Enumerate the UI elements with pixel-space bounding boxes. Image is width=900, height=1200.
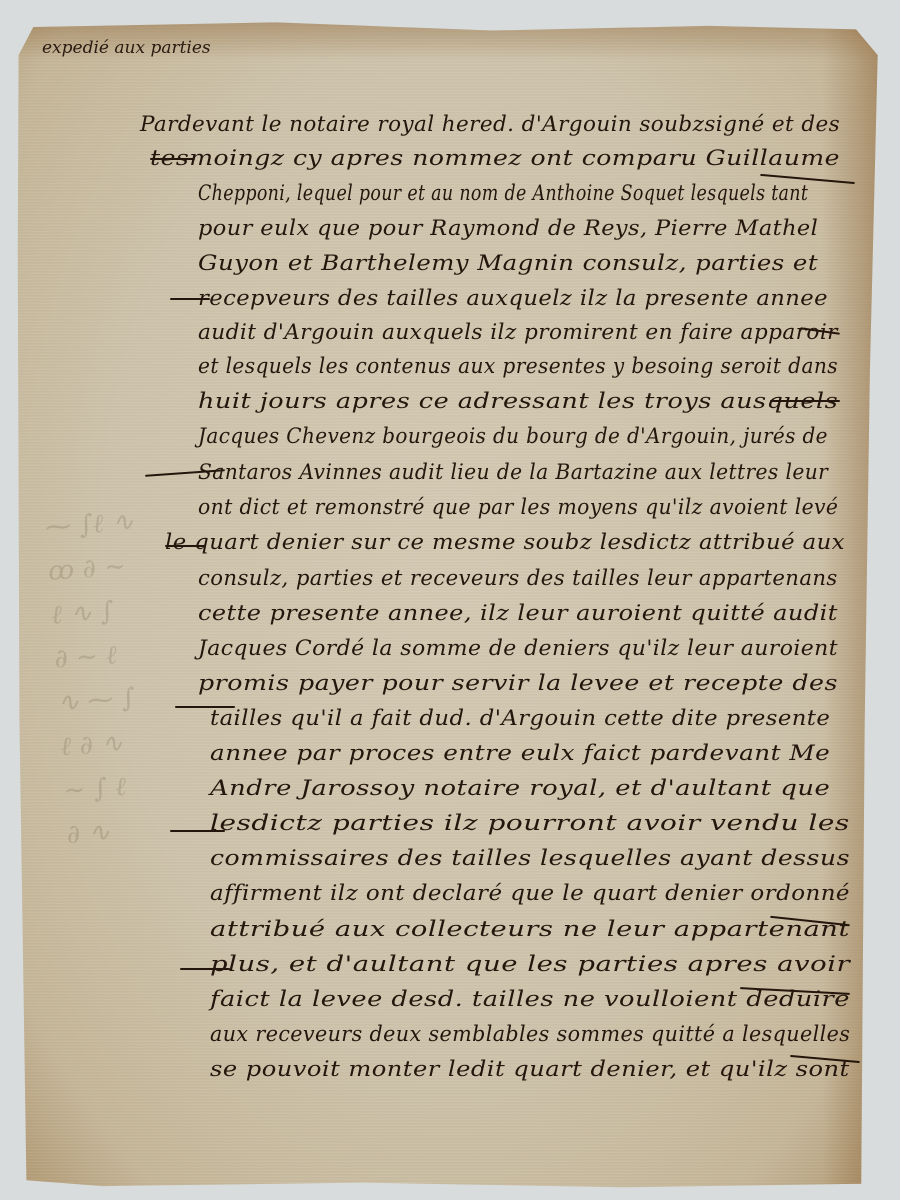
manuscript-line: annee par proces entre eulx faict pardev… — [210, 741, 830, 765]
manuscript-line: faict la levee desd. tailles ne voulloie… — [210, 987, 850, 1011]
manuscript-line: Chepponi, lequel pour et au nom de Antho… — [198, 181, 808, 205]
pen-flourish — [170, 298, 210, 300]
pen-flourish — [180, 968, 230, 970]
manuscript-line: ont dict et remonstré que par les moyens… — [198, 495, 838, 519]
pen-flourish — [175, 706, 235, 708]
manuscript-line: plus, et d'aultant que les parties apres… — [210, 952, 850, 976]
pen-flourish — [170, 830, 225, 832]
manuscript-line: se pouvoit monter ledit quart denier, et… — [210, 1057, 850, 1081]
manuscript-line: Santaros Avinnes audit lieu de la Bartaz… — [198, 460, 828, 484]
manuscript-line: huit jours apres ce adressant les troys … — [198, 389, 838, 413]
pen-flourish — [150, 158, 195, 160]
manuscript-line: Pardevant le notaire royal hered. d'Argo… — [140, 112, 840, 136]
manuscript-line: affirment ilz ont declaré que le quart d… — [210, 881, 850, 905]
manuscript-line: attribué aux collecteurs ne leur apparte… — [210, 917, 850, 941]
manuscript-line: et lesquels les contenus aux presentes y… — [198, 354, 838, 378]
manuscript-line: pour eulx que pour Raymond de Reys, Pier… — [198, 216, 818, 240]
pen-flourish — [165, 545, 205, 547]
manuscript-line: Andre Jarossoy notaire royal, et d'aulta… — [210, 776, 830, 800]
manuscript-line: tesmoingz cy apres nommez ont comparu Gu… — [150, 146, 840, 170]
manuscript-line: audit d'Argouin auxquels ilz promirent e… — [198, 320, 838, 344]
manuscript-line: Jacques Cordé la somme de deniers qu'ilz… — [198, 636, 838, 660]
manuscript-line: recepveurs des tailles auxquelz ilz la p… — [198, 286, 828, 310]
pen-flourish — [770, 400, 840, 402]
manuscript-line: tailles qu'il a fait dud. d'Argouin cett… — [210, 706, 830, 730]
manuscript-line: cette presente annee, ilz leur auroient … — [198, 601, 838, 625]
manuscript-line: le quart denier sur ce mesme soubz lesdi… — [165, 530, 845, 554]
margin-annotation: expedié aux parties — [42, 38, 211, 58]
manuscript-line: consulz, parties et receveurs des taille… — [198, 566, 838, 590]
manuscript-line: Guyon et Barthelemy Magnin consulz, part… — [198, 251, 818, 275]
manuscript-line: lesdictz parties ilz pourront avoir vend… — [210, 811, 850, 835]
manuscript-line: promis payer pour servir la levee et rec… — [198, 671, 838, 695]
manuscript-line: commissaires des tailles lesquelles ayan… — [210, 846, 850, 870]
manuscript-line: Jacques Chevenz bourgeois du bourg de d'… — [198, 424, 828, 448]
manuscript-line: aux receveurs deux semblables sommes qui… — [210, 1022, 850, 1046]
